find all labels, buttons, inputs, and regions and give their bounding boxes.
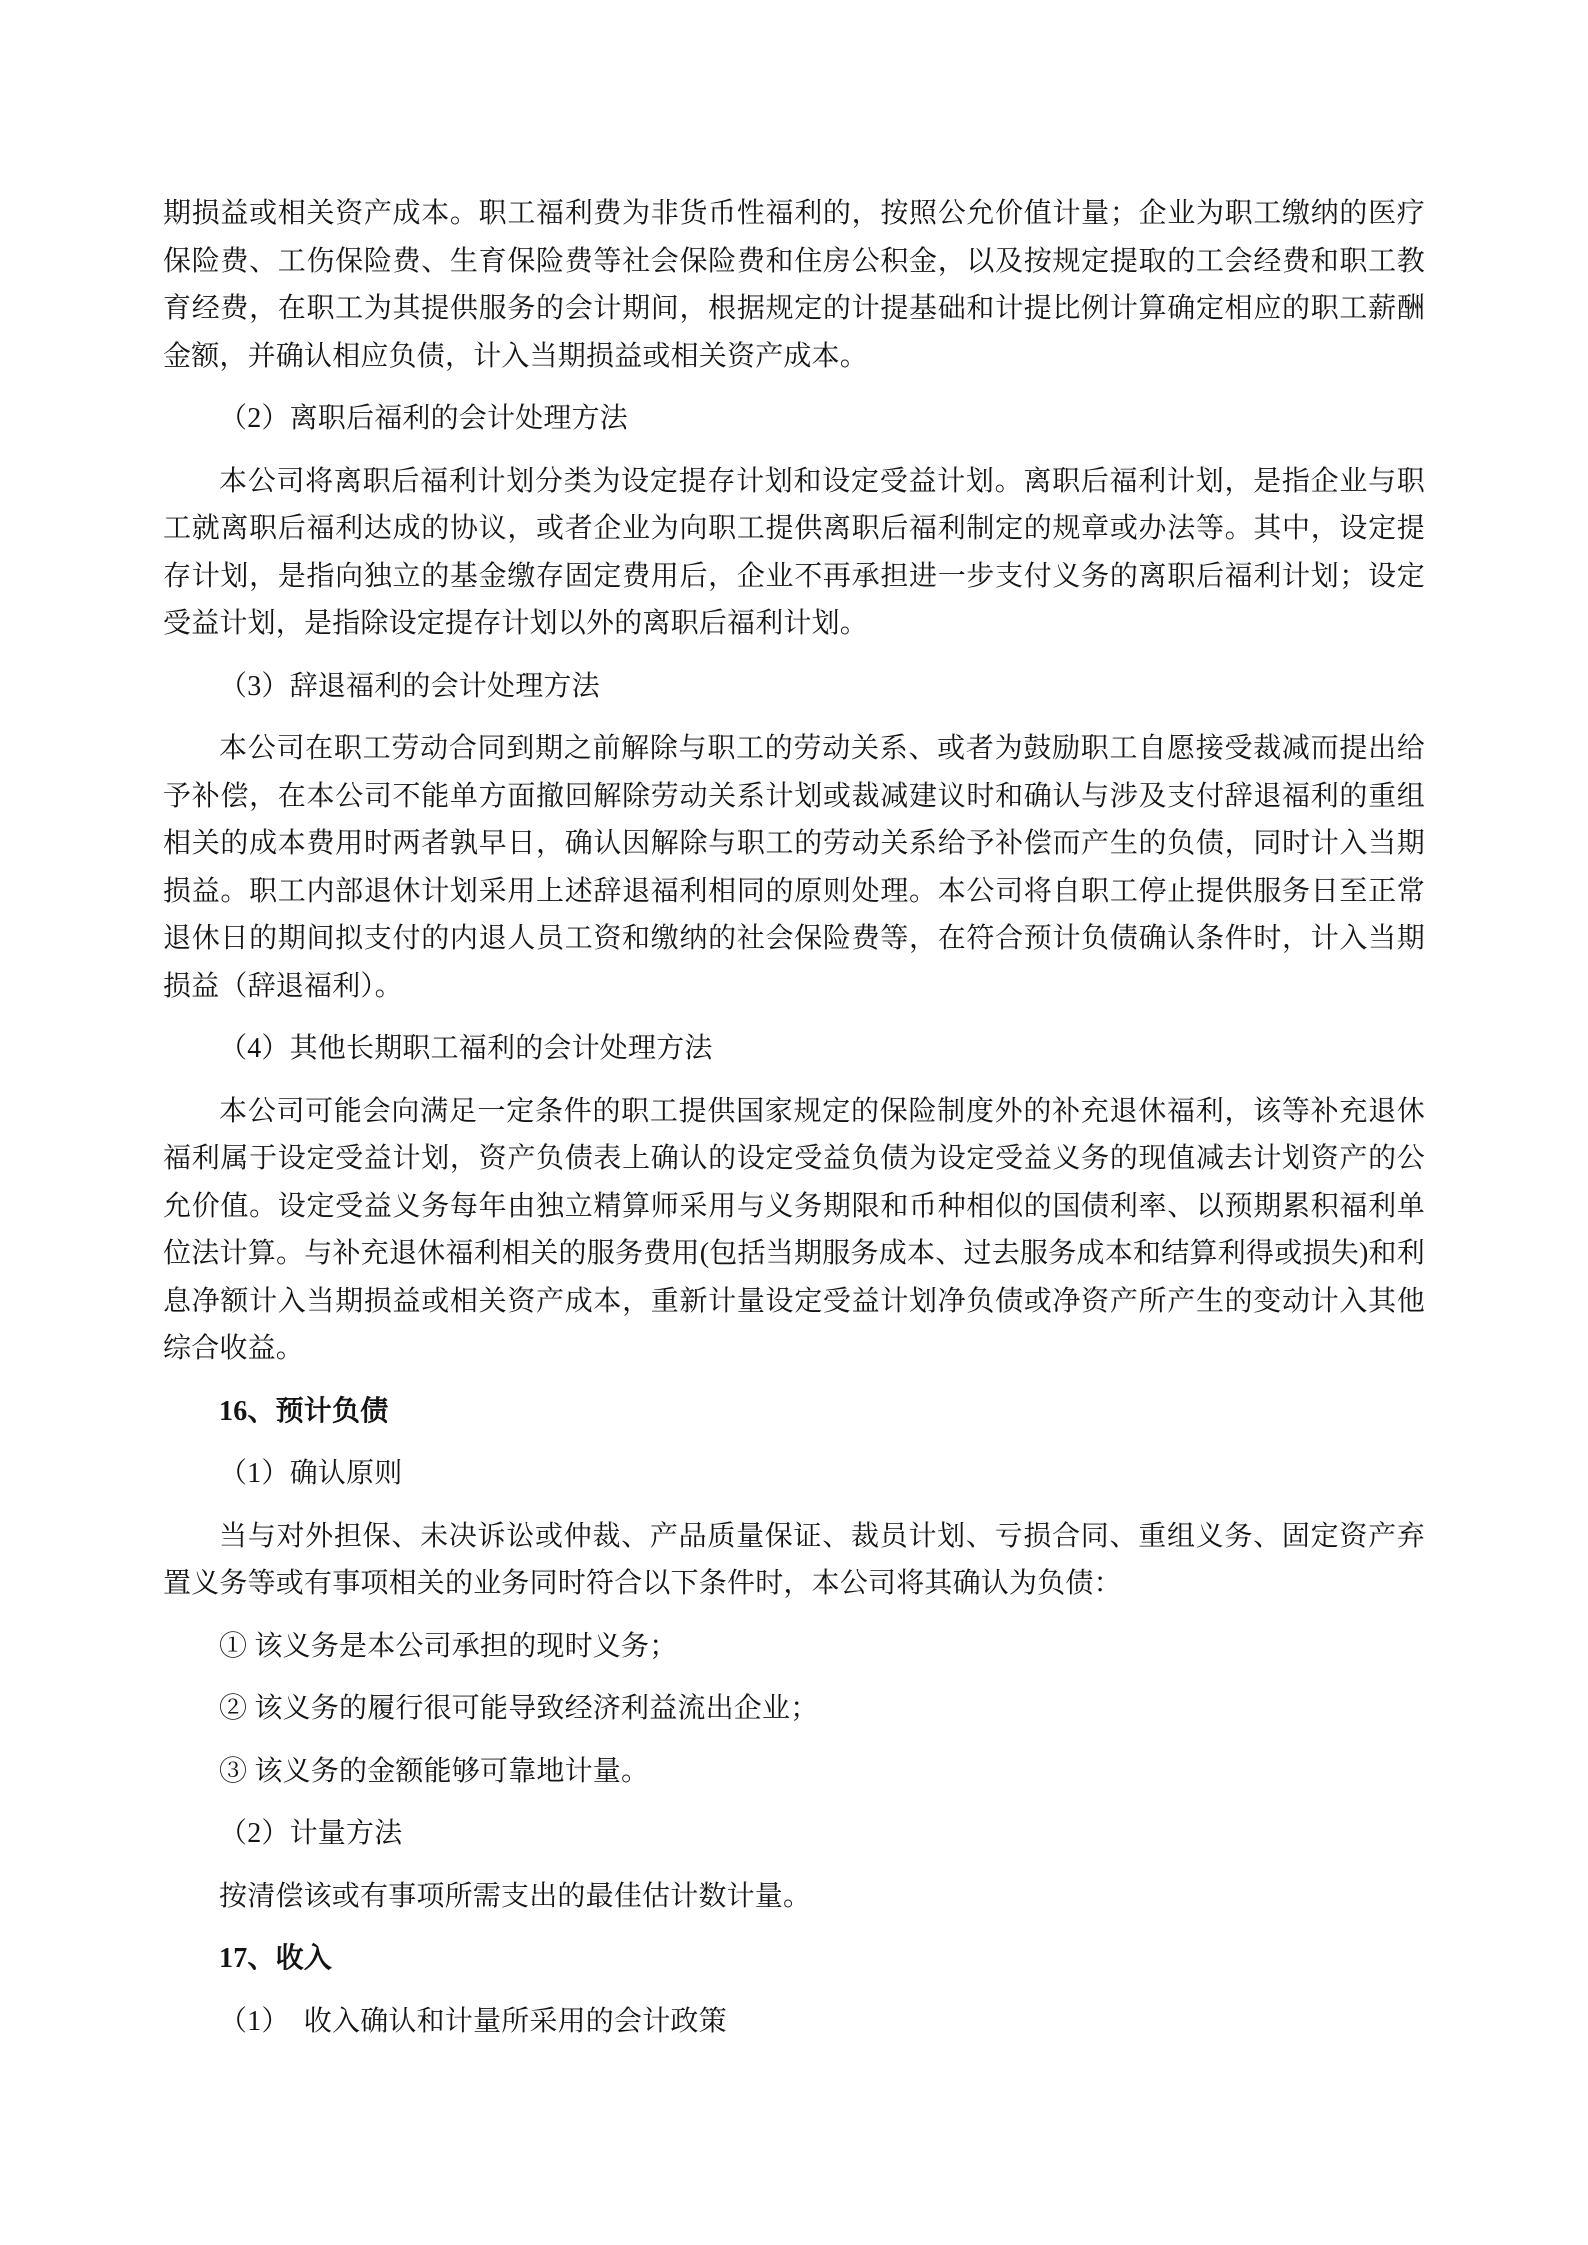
paragraph-post-employment-benefits: 本公司将离职后福利计划分类为设定提存计划和设定受益计划。离职后福利计划，是指企业… (163, 458, 1425, 648)
document-content: 期损益或相关资产成本。职工福利费为非货币性福利的，按照公允价值计量；企业为职工缴… (163, 190, 1425, 2045)
heading-other-long-term-benefits: （4）其他长期职工福利的会计处理方法 (163, 1025, 1425, 1073)
list-item-condition-2: ② 该义务的履行很可能导致经济利益流出企业； (163, 1685, 1425, 1733)
heading-revenue-policy: （1） 收入确认和计量所采用的会计政策 (163, 1998, 1425, 2046)
paragraph-other-long-term-benefits: 本公司可能会向满足一定条件的职工提供国家规定的保险制度外的补充退休福利，该等补充… (163, 1088, 1425, 1373)
heading-17-revenue: 17、收入 (163, 1935, 1425, 1983)
heading-termination-benefits: （3）辞退福利的会计处理方法 (163, 663, 1425, 711)
paragraph-recognition-conditions: 当与对外担保、未决诉讼或仲裁、产品质量保证、裁员计划、亏损合同、重组义务、固定资… (163, 1513, 1425, 1608)
document-page: 期损益或相关资产成本。职工福利费为非货币性福利的，按照公允价值计量；企业为职工缴… (0, 0, 1588, 2245)
heading-measurement-method: （2）计量方法 (163, 1810, 1425, 1858)
list-item-condition-1: ① 该义务是本公司承担的现时义务； (163, 1623, 1425, 1671)
paragraph-measurement-method: 按清偿该或有事项所需支出的最佳估计数计量。 (163, 1873, 1425, 1921)
list-item-condition-3: ③ 该义务的金额能够可靠地计量。 (163, 1748, 1425, 1796)
heading-recognition-principle: （1）确认原则 (163, 1450, 1425, 1498)
heading-post-employment-benefits: （2）离职后福利的会计处理方法 (163, 395, 1425, 443)
heading-16-provisions: 16、预计负债 (163, 1388, 1425, 1436)
paragraph-termination-benefits: 本公司在职工劳动合同到期之前解除与职工的劳动关系、或者为鼓励职工自愿接受裁减而提… (163, 725, 1425, 1010)
paragraph-employee-welfare-continuation: 期损益或相关资产成本。职工福利费为非货币性福利的，按照公允价值计量；企业为职工缴… (163, 190, 1425, 380)
